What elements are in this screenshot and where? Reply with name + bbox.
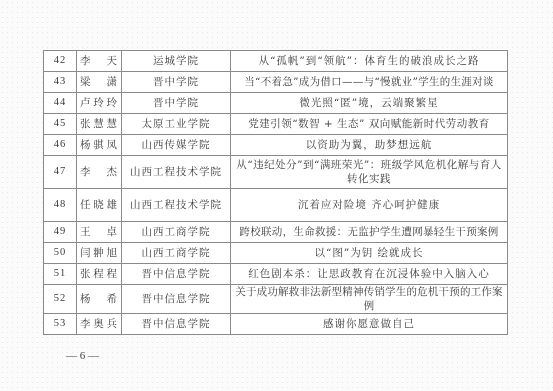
table-row: 47 李 杰 山西工程技术学院 从“违纪处分”到“满班荣光”：班级学风危机化解与… [44,156,508,189]
table-row: 45 张慧慧 太原工业学院 党建引领“数智 + 生态” 双向赋能新时代劳动教育 [44,114,508,135]
row-number: 48 [44,189,77,222]
case-title: 跨校联动，生命救援：无监护学生遭网暴轻生干预案例 [231,222,508,243]
person-name: 梁 潇 [77,72,122,93]
person-name: 王 卓 [77,222,122,243]
row-number: 46 [44,135,77,156]
person-name: 李 杰 [77,156,122,189]
table-row: 46 杨骐凤 山西传媒学院 以资助为翼，助梦想远航 [44,135,508,156]
school-name: 晋中学院 [122,93,231,114]
table-row: 50 闫翀旭 山西工商学院 以“图”为钥 绘就成长 [44,243,508,264]
award-list-table: 42 李 天 运城学院 从“孤帆”到“领航”：体育生的破浪成长之路 43 梁 潇… [43,50,508,335]
table-row: 43 梁 潇 晋中学院 当“不着急”成为借口——与“慢就业”学生的生涯对谈 [44,72,508,93]
case-title: 以资助为翼，助梦想远航 [231,135,508,156]
table-row: 49 王 卓 山西工商学院 跨校联动，生命救援：无监护学生遭网暴轻生干预案例 [44,222,508,243]
person-name: 闫翀旭 [77,243,122,264]
school-name: 山西工商学院 [122,243,231,264]
row-number: 45 [44,114,77,135]
row-number: 53 [44,314,77,335]
case-title: 感谢你愿意做自己 [231,314,508,335]
row-number: 50 [44,243,77,264]
case-title: 党建引领“数智 + 生态” 双向赋能新时代劳动教育 [231,114,508,135]
person-name: 李奥兵 [77,314,122,335]
table-row: 48 任晓雄 山西工程技术学院 沉着应对险境 齐心呵护健康 [44,189,508,222]
school-name: 晋中学院 [122,72,231,93]
school-name: 山西传媒学院 [122,135,231,156]
table-row: 44 卢玲玲 晋中学院 微光照“匿”境，云端聚繁星 [44,93,508,114]
row-number: 43 [44,72,77,93]
table-row: 51 张程程 晋中信息学院 红色剧本杀：让思政教育在沉浸体验中入脑入心 [44,264,508,285]
table-row: 42 李 天 运城学院 从“孤帆”到“领航”：体育生的破浪成长之路 [44,51,508,72]
case-title: 沉着应对险境 齐心呵护健康 [231,189,508,222]
row-number: 47 [44,156,77,189]
table-row: 53 李奥兵 晋中信息学院 感谢你愿意做自己 [44,314,508,335]
person-name: 李 天 [77,51,122,72]
row-number: 42 [44,51,77,72]
case-title: 微光照“匿”境，云端聚繁星 [231,93,508,114]
row-number: 52 [44,285,77,314]
case-title: 以“图”为钥 绘就成长 [231,243,508,264]
table-row: 52 杨 希 晋中信息学院 关于成功解救非法新型精神传销学生的危机干预的工作案例 [44,285,508,314]
row-number: 44 [44,93,77,114]
case-title: 从“孤帆”到“领航”：体育生的破浪成长之路 [231,51,508,72]
row-number: 51 [44,264,77,285]
page-number: — 6 — [66,350,99,362]
person-name: 杨骐凤 [77,135,122,156]
person-name: 任晓雄 [77,189,122,222]
school-name: 晋中信息学院 [122,285,231,314]
person-name: 杨 希 [77,285,122,314]
person-name: 卢玲玲 [77,93,122,114]
school-name: 运城学院 [122,51,231,72]
school-name: 山西工商学院 [122,222,231,243]
case-title: 红色剧本杀：让思政教育在沉浸体验中入脑入心 [231,264,508,285]
school-name: 山西工程技术学院 [122,156,231,189]
school-name: 太原工业学院 [122,114,231,135]
school-name: 山西工程技术学院 [122,189,231,222]
person-name: 张程程 [77,264,122,285]
row-number: 49 [44,222,77,243]
person-name: 张慧慧 [77,114,122,135]
case-title: 当“不着急”成为借口——与“慢就业”学生的生涯对谈 [231,72,508,93]
case-title: 从“违纪处分”到“满班荣光”：班级学风危机化解与育人转化实践 [231,156,508,189]
school-name: 晋中信息学院 [122,264,231,285]
case-title: 关于成功解救非法新型精神传销学生的危机干预的工作案例 [231,285,508,314]
document-page: 42 李 天 运城学院 从“孤帆”到“领航”：体育生的破浪成长之路 43 梁 潇… [0,0,553,391]
school-name: 晋中信息学院 [122,314,231,335]
